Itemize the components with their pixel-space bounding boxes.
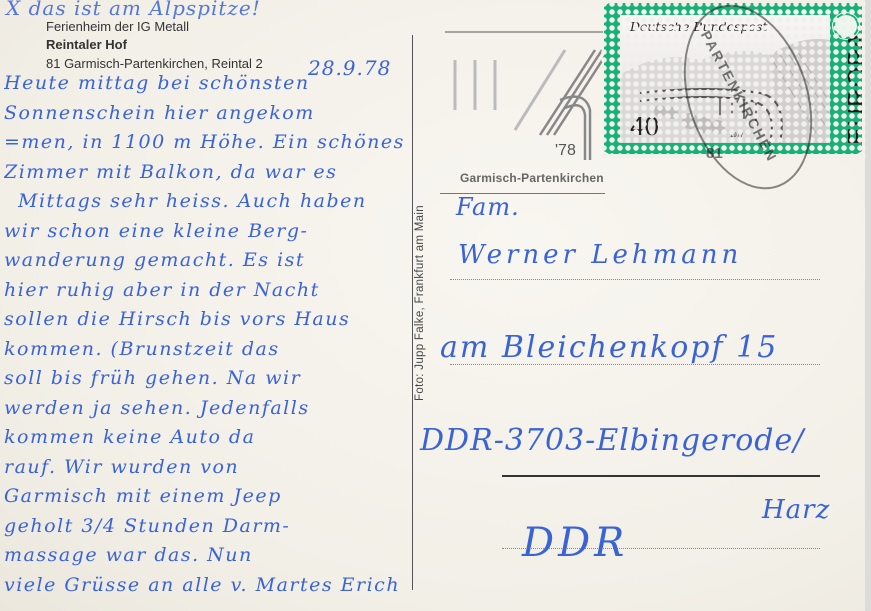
message-line: geholt 3/4 Stunden Darm-: [4, 515, 290, 537]
message-line: viele Grüsse an alle v. Martes Erich: [4, 574, 400, 596]
message-line: Zimmer mit Balkon, da war es: [4, 161, 337, 183]
header-line-3: 81 Garmisch-Partenkirchen, Reintal 2: [46, 56, 263, 71]
message-line: wanderung gemacht. Es ist: [4, 249, 305, 271]
address-line-3: am Bleichenkopf 15: [440, 330, 778, 365]
address-line-1: Fam.: [456, 193, 520, 221]
message-line: Sonnenschein hier angekom: [4, 102, 315, 124]
photo-credit: Foto: Jupp Falke, Frankfurt am Main: [414, 173, 426, 433]
message-line: Heute mittag bei schönsten: [4, 72, 310, 94]
message-line: massage war das. Nun: [4, 544, 253, 566]
card-edge: [865, 0, 871, 611]
stamp-value: 40: [630, 111, 659, 142]
message-line: sollen die Hirsch bis vors Haus: [4, 308, 350, 330]
message-line: Mittags sehr heiss. Auch haben: [18, 190, 367, 212]
address-line-6: DDR: [522, 520, 628, 566]
slogan-cancel-logo: [445, 30, 605, 170]
address-rule-2: [450, 364, 820, 365]
message-line: rauf. Wir wurden von: [4, 456, 239, 478]
header-line-2: Reintaler Hof: [46, 37, 127, 52]
slogan-year: '78: [555, 142, 576, 160]
address-line-2: Werner Lehmann: [458, 240, 742, 270]
message-line: kommen. (Brunstzeit das: [4, 338, 280, 360]
address-rule-3: [502, 475, 820, 477]
message-line: wir schon eine kleine Berg-: [4, 220, 308, 242]
address-line-4: DDR-3703-Elbingerode/: [420, 423, 804, 458]
message-line: =men, in 1100 m Höhe. Ein schönes: [4, 131, 405, 153]
message-line: Garmisch mit einem Jeep: [4, 485, 282, 507]
slogan-place: Garmisch-Partenkirchen: [460, 171, 604, 185]
center-divider: [412, 35, 413, 590]
header-line-1: Ferienheim der IG Metall: [46, 19, 189, 34]
message-line: kommen keine Auto da: [4, 426, 255, 448]
address-rule-1: [450, 279, 820, 280]
handwritten-date: 28.9.78: [308, 56, 391, 80]
handwritten-top-note: X das ist am Alpspitze!: [6, 0, 261, 20]
postmark-code: 81: [706, 145, 723, 162]
message-line: werden ja sehen. Jedenfalls: [4, 397, 310, 419]
message-line: soll bis früh gehen. Na wir: [4, 367, 301, 389]
message-line: hier ruhig aber in der Nacht: [4, 279, 320, 301]
address-line-5: Harz: [762, 495, 830, 525]
